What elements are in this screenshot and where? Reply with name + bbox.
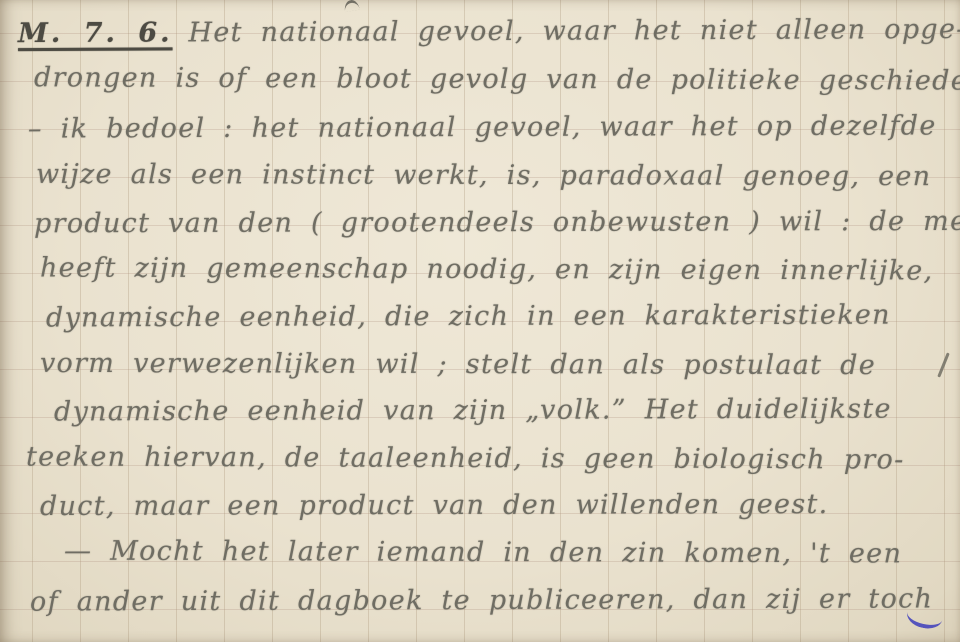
manuscript-line: dynamische eenheid, die zich in een kara…: [46, 300, 891, 334]
manuscript-line: product van den ( grootendeels onbewuste…: [34, 206, 960, 240]
manuscript-line: – ik bedoel : het nationaal gevoel, waar…: [28, 110, 937, 144]
manuscript-line: duct, maar een product van den willenden…: [40, 489, 829, 522]
manuscript-line: heeft zijn gemeenschap noodig, en zijn e…: [40, 252, 934, 286]
manuscript-line: — Mocht het later iemand in den zin kome…: [64, 536, 902, 570]
manuscript-line: drongen is of een bloot gevolg van de po…: [34, 62, 960, 96]
manuscript-line: vorm verwezenlijken wil ; stelt dan als …: [40, 348, 876, 381]
stray-pen-stroke: [343, 0, 360, 12]
margin-pencil-stroke: [937, 352, 950, 377]
manuscript-line: of ander uit dit dagboek te publiceeren,…: [30, 583, 933, 617]
manuscript-line: M. 7. 6.Het nationaal gevoel, waar het n…: [18, 14, 960, 49]
line-text: Het nationaal gevoel, waar het niet alle…: [188, 14, 960, 48]
date-heading: M. 7. 6.: [18, 17, 173, 49]
blue-ink-mark: [905, 607, 944, 632]
manuscript-page: M. 7. 6.Het nationaal gevoel, waar het n…: [0, 0, 960, 642]
manuscript-line: teeken hiervan, de taaleenheid, is geen …: [26, 441, 905, 475]
manuscript-line: wijze als een instinct werkt, is, parado…: [36, 159, 931, 192]
manuscript-line: dynamische eenheid van zijn „volk.” Het …: [54, 394, 892, 428]
